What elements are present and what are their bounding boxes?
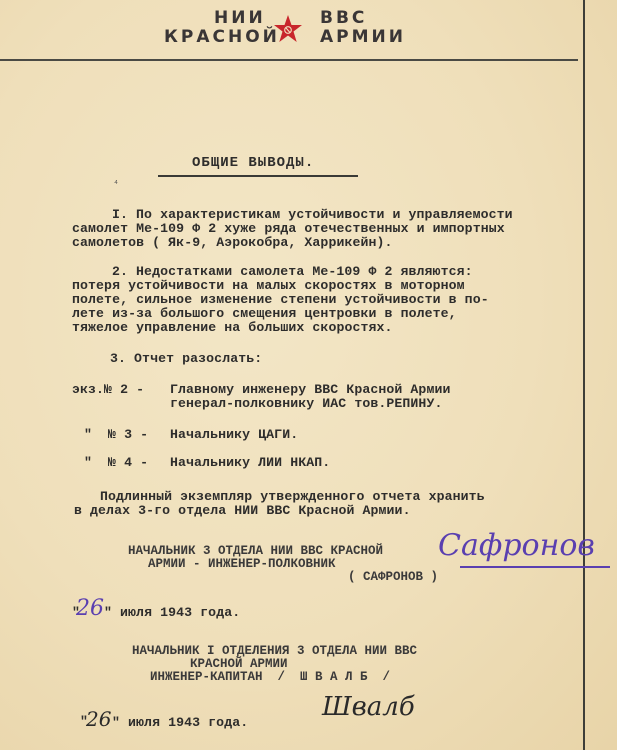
signatory1-title-line2: АРМИИ - ИНЖЕНЕР-ПОЛКОВНИК — [148, 558, 336, 571]
dist2-prefix: " № 3 - — [84, 428, 148, 443]
p1-line3: самолетов ( Як-9, Аэрокобра, Харрикейн). — [72, 236, 393, 251]
date2-rest: " июля 1943 года. — [112, 716, 248, 731]
title-underline — [158, 175, 358, 177]
margin-mark: ₄ — [113, 176, 119, 187]
margin-rule — [583, 0, 585, 750]
document-title: ОБЩИЕ ВЫВОДЫ. — [192, 156, 314, 171]
signatory1-name: ( САФРОНОВ ) — [348, 571, 438, 584]
date1-day: 26 — [76, 596, 104, 621]
dist3-prefix: " № 4 - — [84, 456, 148, 471]
red-star-hammer-sickle-icon — [273, 14, 303, 44]
date1-rest: " июля 1943 года. — [104, 606, 240, 621]
signatory2-signature: Швалб — [322, 692, 415, 722]
signatory2-title-line3: ИНЖЕНЕР-КАПИТАН / Ш В А Л Б / — [150, 671, 390, 684]
date2-day: 26 — [86, 707, 111, 731]
p3-heading: 3. Отчет разослать: — [110, 352, 262, 367]
letterhead-left-line2: КРАСНОЙ — [164, 27, 280, 47]
dist1-line2: генерал-полковнику ИАС тов.РЕПИНУ. — [170, 397, 442, 412]
dist2-line1: Начальнику ЦАГИ. — [170, 428, 298, 443]
letterhead-right-line1: ВВС — [320, 8, 367, 28]
header-rule — [0, 59, 578, 61]
dist3-line1: Начальнику ЛИИ НКАП. — [170, 456, 330, 471]
signature-underline — [460, 566, 610, 568]
letterhead-left-line1: НИИ — [214, 8, 266, 28]
archive-note-line2: в делах 3-го отдела НИИ ВВС Красной Арми… — [74, 504, 411, 519]
letterhead-right-line2: АРМИИ — [320, 27, 406, 47]
p2-line5: тяжелое управление на больших скоростях. — [72, 321, 393, 336]
dist1-prefix: экз.№ 2 - — [72, 383, 144, 398]
signatory1-signature: Сафронов — [438, 528, 595, 563]
